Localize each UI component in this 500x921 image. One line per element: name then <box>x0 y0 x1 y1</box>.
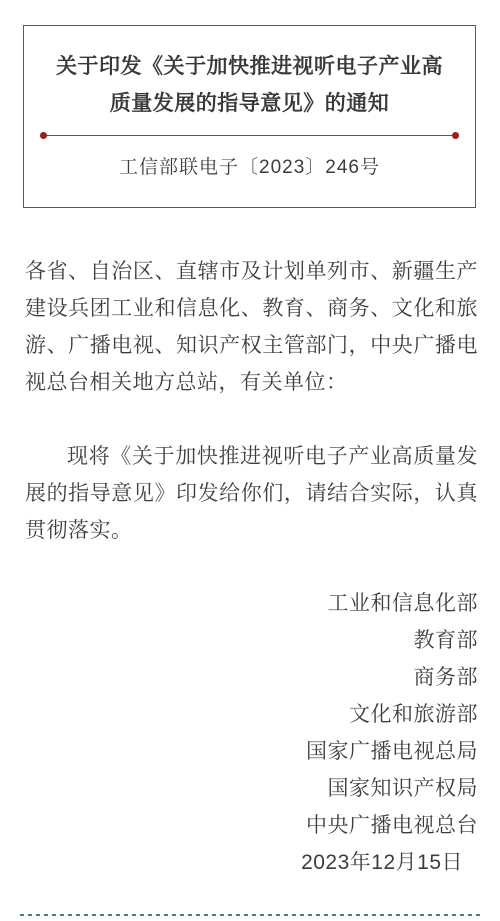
signoff-department: 文化和旅游部 <box>25 696 478 733</box>
notice-header-box: 关于印发《关于加快推进视听电子产业高 质量发展的指导意见》的通知 工信部联电子〔… <box>23 25 476 208</box>
addressee-line-3: 游、广播电视、知识产权主管部门，中央广播电 <box>25 327 478 364</box>
header-divider-line <box>42 135 457 136</box>
notice-title: 关于印发《关于加快推进视听电子产业高 质量发展的指导意见》的通知 <box>24 48 475 122</box>
addressee-line-1: 各省、自治区、直辖市及计划单列市、新疆生产 <box>25 253 478 290</box>
body-line-3: 贯彻落实。 <box>25 512 478 549</box>
document-page: { "header": { "title_lines": [ "关于印发《关于加… <box>0 0 500 921</box>
body-paragraph: 现将《关于加快推进视听电子产业高质量发 展的指导意见》印发给你们，请结合实际，认… <box>25 438 478 549</box>
notice-document: 关于印发《关于加快推进视听电子产业高 质量发展的指导意见》的通知 工信部联电子〔… <box>0 25 500 916</box>
signoff-date: 2023年12月15日 <box>25 844 478 881</box>
signoff-department: 国家广播电视总局 <box>25 733 478 770</box>
doc-number: 工信部联电子〔2023〕246号 <box>24 149 475 186</box>
signoff-department: 教育部 <box>25 622 478 659</box>
notice-title-line-1: 关于印发《关于加快推进视听电子产业高 <box>24 48 475 85</box>
signoff-department: 工业和信息化部 <box>25 585 478 622</box>
footer-dashed-divider <box>20 914 481 916</box>
addressee-line-2: 建设兵团工业和信息化、教育、商务、文化和旅 <box>25 290 478 327</box>
body-line-1: 现将《关于加快推进视听电子产业高质量发 <box>25 438 478 475</box>
signoff-department: 中央广播电视总台 <box>25 807 478 844</box>
addressee-line-4: 视总台相关地方总站，有关单位： <box>25 364 478 401</box>
notice-title-line-2: 质量发展的指导意见》的通知 <box>24 85 475 122</box>
signoff-block: 工业和信息化部 教育部 商务部 文化和旅游部 国家广播电视总局 国家知识产权局 … <box>25 585 478 881</box>
signoff-department: 国家知识产权局 <box>25 770 478 807</box>
body-line-2: 展的指导意见》印发给你们，请结合实际，认真 <box>25 475 478 512</box>
signoff-department: 商务部 <box>25 659 478 696</box>
addressee-paragraph: 各省、自治区、直辖市及计划单列市、新疆生产 建设兵团工业和信息化、教育、商务、文… <box>25 253 478 401</box>
